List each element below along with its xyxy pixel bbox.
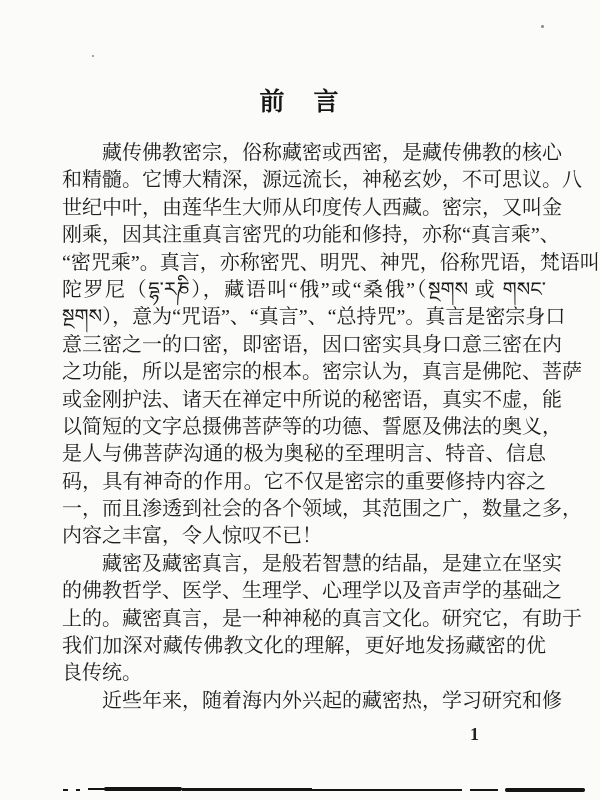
text-line: 近些年来，随着海内外兴起的藏密热，学习研究和修 <box>62 688 546 715</box>
text-line: སྔགས），意为“咒语”、“真言”、“总持咒”。真言是密宗身口 <box>62 304 546 331</box>
text-line: 我们加深对藏传佛教文化的理解，更好地发扬藏密的优 <box>62 633 546 660</box>
page-number: 1 <box>470 724 479 745</box>
text-line: 是人与佛菩萨沟通的极为奥秘的至理明言、特音、信息 <box>62 441 546 468</box>
scan-artifact-segment <box>76 789 80 791</box>
text-line: 或金刚护法、诸天在禅定中所说的秘密语，真实不虚，能 <box>62 387 546 414</box>
scan-artifact-segment <box>104 787 182 791</box>
text-line: 以简短的文字总摄佛菩萨等的功德、誓愿及佛法的奥义， <box>62 414 546 441</box>
text-line: 内容之丰富，令人惊叹不已！ <box>62 523 546 550</box>
body-text: 藏传佛教密宗，俗称藏密或西密，是藏传佛教的核心 和精髓。它博大精深，源远流长，神… <box>62 140 546 715</box>
text-line: 码，具有神奇的作用。它不仅是密宗的重要修持内容之 <box>62 469 546 496</box>
scan-artifact-segment <box>312 789 462 791</box>
page-title: 前 言 <box>0 82 600 118</box>
text-line: 的佛教哲学、医学、生理学、心理学以及音声学的基础之 <box>62 578 546 605</box>
text-line: 藏密及藏密真言，是般若智慧的结晶，是建立在坚实 <box>62 551 546 578</box>
paragraph: 藏密及藏密真言，是般若智慧的结晶，是建立在坚实 的佛教哲学、医学、生理学、心理学… <box>62 551 546 688</box>
text-line: 刚乘，因其注重真言密咒的功能和修持，亦称“真言乘”、 <box>62 222 546 249</box>
text-line: 上的。藏密真言，是一种神秘的真言文化。研究它，有助于 <box>62 606 546 633</box>
scan-speck <box>541 25 544 28</box>
text-line: 之功能，所以是密宗的根本。密宗认为，真言是佛陀、菩萨 <box>62 359 546 386</box>
paragraph: 近些年来，随着海内外兴起的藏密热，学习研究和修 <box>62 688 546 715</box>
scan-artifact-segment <box>505 788 585 792</box>
text-line: 陀罗尼（དྷ་རཎི），藏语叫“俄”或“桑俄”（སྔགས 或 གསང་ <box>62 277 546 304</box>
text-line: 意三密之一的口密，即密语，因口密实具身口意三密在内 <box>62 332 546 359</box>
text-line: 和精髓。它博大精深，源远流长，神秘玄妙，不可思议。八 <box>62 167 546 194</box>
paragraph: 藏传佛教密宗，俗称藏密或西密，是藏传佛教的核心 和精髓。它博大精深，源远流长，神… <box>62 140 546 551</box>
book-page: 前 言 藏传佛教密宗，俗称藏密或西密，是藏传佛教的核心 和精髓。它博大精深，源远… <box>0 0 600 800</box>
text-line: 良传统。 <box>62 660 546 687</box>
scan-artifact-segment <box>63 789 68 791</box>
scan-artifact-segment <box>182 788 312 791</box>
text-line: 藏传佛教密宗，俗称藏密或西密，是藏传佛教的核心 <box>62 140 546 167</box>
text-line: 世纪中叶，由莲华生大师从印度传人西藏。密宗，又叫金 <box>62 195 546 222</box>
scan-speck <box>92 55 94 57</box>
text-line: 一，而且渗透到社会的各个领域，其范围之广，数量之多， <box>62 496 546 523</box>
scan-artifact-segment <box>470 789 498 791</box>
text-line: “密咒乘”。真言，亦称密咒、明咒、神咒，俗称咒语，梵语叫 <box>62 250 546 277</box>
